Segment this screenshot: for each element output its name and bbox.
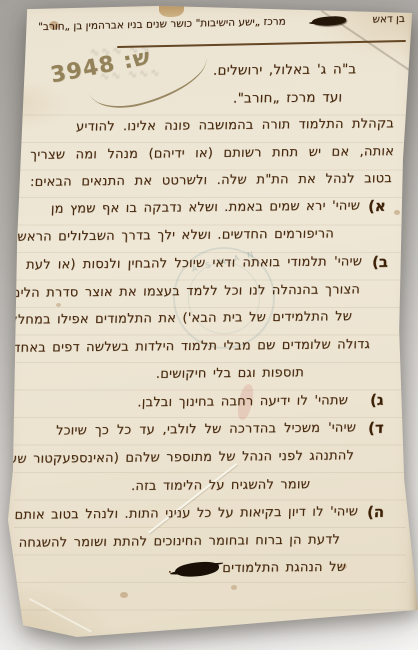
section-line: לדעת הן ברוח ובחומר החינוכים להתת ושומר … <box>34 530 341 553</box>
header-underline <box>117 40 406 48</box>
section-line: שיהי' לו דיון בקיאות על כל עניני התות. ו… <box>34 502 359 525</box>
intro-line: בטוב לנהל את הת"ת שלה. ולשרטט את התנאים … <box>30 169 393 193</box>
section-line: הצורך בהנהלה לנו וכל ללמד בעצמו את אוצר … <box>30 280 361 303</box>
closing-text: של הנהגת התלמודים <box>222 560 346 576</box>
section-marker-gimel: ג) <box>370 391 384 410</box>
manuscript-paper: A S M A N ∿∿∿ ∿∿ ∿∿ ∿∿∿ בן דאש מרכז „ישע… <box>0 0 418 650</box>
organization-line: ועד מרכז „חורב". <box>232 87 342 108</box>
crease-line <box>29 598 92 632</box>
section-marker-he: ה) <box>367 503 385 522</box>
foxing-spot <box>13 96 20 102</box>
section-line: שומר להשגיח על הלימוד בזה. <box>146 475 311 497</box>
section-line: שתהי' לו ידיעה רחבה בחינוך ובלבן. <box>182 391 349 413</box>
foxing-spot <box>56 303 61 307</box>
struck-out-word-blot <box>312 15 346 26</box>
section-line: גדולה שלומדים שם מבלי תלמוד הילדות בשלשה… <box>8 335 371 359</box>
foxing-spot <box>231 585 237 590</box>
section-line: להתנהג לפני הנהל של מתוספר שלהם (האינספע… <box>32 446 355 469</box>
intro-line: בקהלת התלמוד תורה בהמושבה פונה אלינו. לה… <box>76 114 395 137</box>
section-line: שיהי' ירא שמים באמת. ושלא נדבקה בו אף שמ… <box>78 197 361 220</box>
section-marker-bet: ב) <box>372 253 389 272</box>
date-line: ב"ה ג' באלול, ירושלים. <box>212 59 356 81</box>
tape-stain <box>159 0 184 17</box>
section-line: תוספות וגם בלי חיקושים. <box>172 363 305 384</box>
manuscript-photo: { "document_type": "handwritten Hebrew m… <box>0 0 418 650</box>
section-line: שיהי' משכיל בהדרכה של לולבי, עד כל כך שי… <box>56 418 357 441</box>
section-marker-dalet: ד) <box>368 419 384 438</box>
foxing-spot <box>120 592 128 598</box>
header-note-line: בן דאש מרכז „ישע הישיבות" כושר שנים בניו… <box>38 13 405 33</box>
section-line: של התלמידים של בית הבא') את התלמודים אפי… <box>8 307 353 331</box>
header-note-part1: בן דאש <box>372 13 405 26</box>
foxing-spot <box>394 210 400 215</box>
section-marker-aleph: א) <box>368 197 386 216</box>
ink-blot <box>175 560 219 577</box>
section-line: שיהי' תלמודי בואתה ודאי שיוכל להבחין ולנ… <box>26 252 363 276</box>
paper-wrapper: A S M A N ∿∿∿ ∿∿ ∿∿ ∿∿∿ בן דאש מרכז „ישע… <box>0 0 418 650</box>
section-line: הריפורמים החדשים. ושלא ילך בדרך השבלולים… <box>34 224 335 247</box>
header-note-part2: מרכז „ישע הישיבות" כושר שנים בניו אברהמי… <box>38 16 286 34</box>
intro-line: אותה, אם יש תחת רשותם (או ידיהם) מנהל ומ… <box>30 142 395 166</box>
closing-line: של הנהגת התלמודים. <box>104 558 347 581</box>
closing-period: . <box>168 562 173 577</box>
